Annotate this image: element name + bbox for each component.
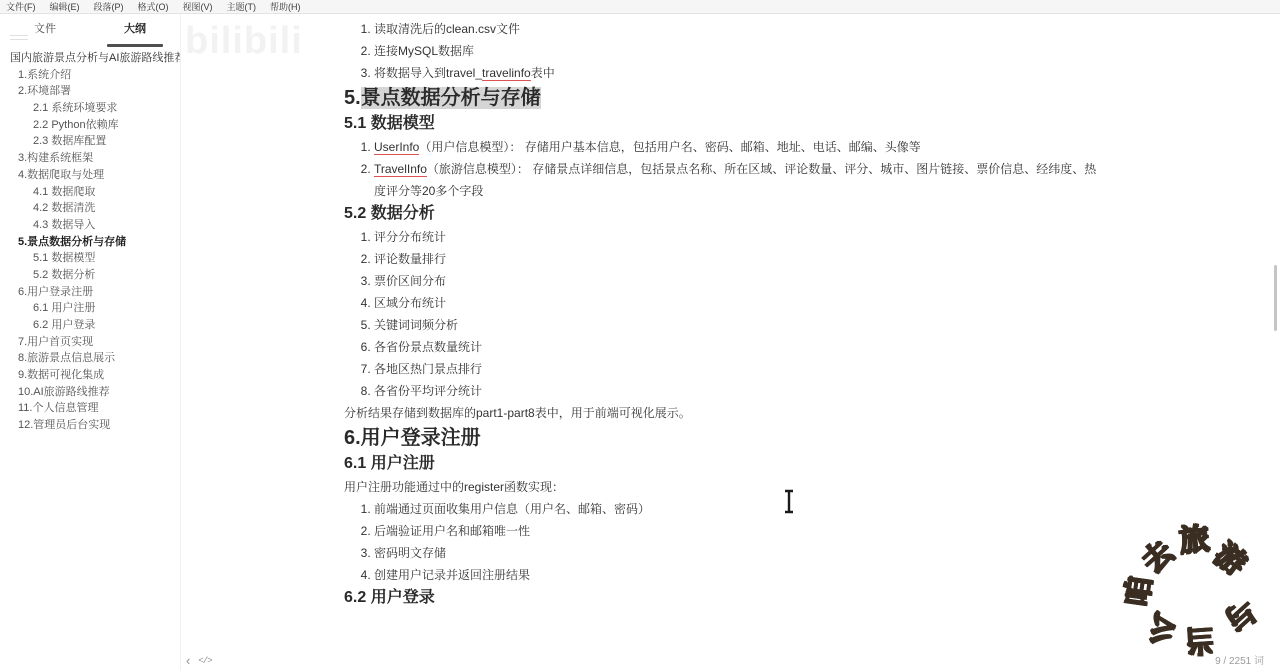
menu-item[interactable]: 编辑(E) bbox=[50, 0, 80, 13]
outline-item[interactable]: 5.景点数据分析与存储 bbox=[0, 234, 180, 251]
outline-item[interactable]: 4.数据爬取与处理 bbox=[0, 167, 180, 184]
list-item[interactable]: 各地区热门景点排行 bbox=[374, 358, 1106, 380]
heading-6-2[interactable]: 6.2 用户登录 bbox=[344, 586, 1106, 610]
list-item[interactable]: 后端验证用户名和邮箱唯一性 bbox=[374, 520, 1106, 542]
outline-item[interactable]: 4.3 数据导入 bbox=[0, 217, 180, 234]
list-item[interactable]: 关键词词频分析 bbox=[374, 314, 1106, 336]
menu-item[interactable]: 文件(F) bbox=[6, 0, 36, 13]
outline-item[interactable]: 9.数据可视化集成 bbox=[0, 367, 180, 384]
register-steps-list: 前端通过页面收集用户信息（用户名、邮箱、密码）后端验证用户名和邮箱唯一性密码明文… bbox=[344, 498, 1106, 586]
menu-item[interactable]: 段落(P) bbox=[94, 0, 124, 13]
selected-text-highlight: 景点数据分析与存储 bbox=[361, 87, 541, 109]
document[interactable]: 读取清洗后的clean.csv文件连接MySQL数据库将数据导入到travel_… bbox=[344, 14, 1106, 610]
hamburger-icon[interactable] bbox=[10, 32, 28, 43]
list-item[interactable]: 密码明文存储 bbox=[374, 542, 1106, 564]
source-code-mode-icon[interactable]: </> bbox=[198, 656, 211, 666]
outline-item[interactable]: 5.1 数据模型 bbox=[0, 250, 180, 267]
list-item[interactable]: UserInfo（用户信息模型）： 存储用户基本信息，包括用户名、密码、邮箱、地… bbox=[374, 136, 1106, 158]
editor-content[interactable]: bilibili 读取清洗后的clean.csv文件连接MySQL数据库将数据导… bbox=[181, 14, 1280, 670]
heading-section-5[interactable]: 5.景点数据分析与存储 bbox=[344, 84, 1106, 112]
menu-item[interactable]: 主题(T) bbox=[227, 0, 257, 13]
outline-item[interactable]: 2.3 数据库配置 bbox=[0, 133, 180, 150]
active-tab-indicator bbox=[107, 44, 163, 47]
list-item[interactable]: TravelInfo（旅游信息模型）： 存储景点详细信息，包括景点名称、所在区域… bbox=[374, 158, 1106, 202]
sidebar-toggle-icon[interactable]: ‹ bbox=[186, 654, 190, 668]
outline-item[interactable]: 6.2 用户登录 bbox=[0, 317, 180, 334]
outline-item[interactable]: 11.个人信息管理 bbox=[0, 400, 180, 417]
outline-item[interactable]: 2.环境部署 bbox=[0, 83, 180, 100]
tab-outline[interactable]: 大纲 bbox=[90, 20, 180, 46]
heading-5-2[interactable]: 5.2 数据分析 bbox=[344, 202, 1106, 226]
outline-item[interactable]: 7.用户首页实现 bbox=[0, 334, 180, 351]
word-count: 9 / 2251 词 bbox=[1215, 652, 1264, 667]
spellcheck-flagged-text: TravelInfo bbox=[374, 162, 427, 177]
list-item[interactable]: 创建用户记录并返回注册结果 bbox=[374, 564, 1106, 586]
outline-item[interactable]: 4.1 数据爬取 bbox=[0, 184, 180, 201]
list-item[interactable]: 读取清洗后的clean.csv文件 bbox=[374, 18, 1106, 40]
list-item[interactable]: 评分分布统计 bbox=[374, 226, 1106, 248]
outline-item[interactable]: 3.构建系统框架 bbox=[0, 150, 180, 167]
heading-5-1[interactable]: 5.1 数据模型 bbox=[344, 112, 1106, 136]
menu-item[interactable]: 视图(V) bbox=[183, 0, 213, 13]
outline-item[interactable]: 5.2 数据分析 bbox=[0, 267, 180, 284]
heading-section-6[interactable]: 6.用户登录注册 bbox=[344, 424, 1106, 452]
list-item[interactable]: 各省份平均评分统计 bbox=[374, 380, 1106, 402]
list-item[interactable]: 评论数量排行 bbox=[374, 248, 1106, 270]
tab-files-label: 文件 bbox=[34, 23, 56, 35]
list-item[interactable]: 连接MySQL数据库 bbox=[374, 40, 1106, 62]
analysis-result-paragraph[interactable]: 分析结果存储到数据库的part1-part8表中，用于前端可视化展示。 bbox=[344, 402, 1106, 424]
list-item[interactable]: 票价区间分布 bbox=[374, 270, 1106, 292]
bottom-toolbar: ‹ </> bbox=[186, 654, 212, 668]
outline-item[interactable]: 6.用户登录注册 bbox=[0, 284, 180, 301]
outline-list: 国内旅游景点分析与AI旅游路线推荐1.系统介绍2.环境部署2.1 系统环境要求2… bbox=[0, 50, 180, 670]
menu-item[interactable]: 格式(O) bbox=[138, 0, 169, 13]
list-item[interactable]: 区域分布统计 bbox=[374, 292, 1106, 314]
outline-item[interactable]: 12.管理员后台实现 bbox=[0, 417, 180, 434]
analysis-list: 评分分布统计评论数量排行票价区间分布区域分布统计关键词词频分析各省份景点数量统计… bbox=[344, 226, 1106, 402]
outline-item[interactable]: 2.1 系统环境要求 bbox=[0, 100, 180, 117]
list-item[interactable]: 前端通过页面收集用户信息（用户名、邮箱、密码） bbox=[374, 498, 1106, 520]
list-item[interactable]: 各省份景点数量统计 bbox=[374, 336, 1106, 358]
list-item[interactable]: 将数据导入到travel_travelinfo表中 bbox=[374, 62, 1106, 84]
outline-item[interactable]: 1.系统介绍 bbox=[0, 67, 180, 84]
spellcheck-flagged-text: UserInfo bbox=[374, 140, 419, 155]
bilibili-watermark: bilibili bbox=[185, 20, 303, 63]
outline-item[interactable]: 8.旅游景点信息展示 bbox=[0, 350, 180, 367]
import-steps-list: 读取清洗后的clean.csv文件连接MySQL数据库将数据导入到travel_… bbox=[344, 18, 1106, 84]
outline-item[interactable]: 2.2 Python依赖库 bbox=[0, 117, 180, 134]
spellcheck-flagged-text: travelinfo bbox=[482, 66, 531, 81]
outline-item[interactable]: 国内旅游景点分析与AI旅游路线推荐 bbox=[0, 50, 180, 67]
scrollbar-thumb[interactable] bbox=[1274, 265, 1277, 331]
tab-outline-label: 大纲 bbox=[124, 23, 146, 35]
outline-item[interactable]: 6.1 用户注册 bbox=[0, 300, 180, 317]
outline-item[interactable]: 10.AI旅游路线推荐 bbox=[0, 384, 180, 401]
menu-bar: 文件(F)编辑(E)段落(P)格式(O)视图(V)主题(T)帮助(H) bbox=[0, 0, 1280, 14]
register-intro-paragraph[interactable]: 用户注册功能通过中的register函数实现： bbox=[344, 476, 1106, 498]
outline-item[interactable]: 4.2 数据清洗 bbox=[0, 200, 180, 217]
sidebar: 文件 大纲 国内旅游景点分析与AI旅游路线推荐1.系统介绍2.环境部署2.1 系… bbox=[0, 14, 181, 670]
data-models-list: UserInfo（用户信息模型）： 存储用户基本信息，包括用户名、密码、邮箱、地… bbox=[344, 136, 1106, 202]
menu-item[interactable]: 帮助(H) bbox=[270, 0, 301, 13]
heading-6-1[interactable]: 6.1 用户注册 bbox=[344, 452, 1106, 476]
